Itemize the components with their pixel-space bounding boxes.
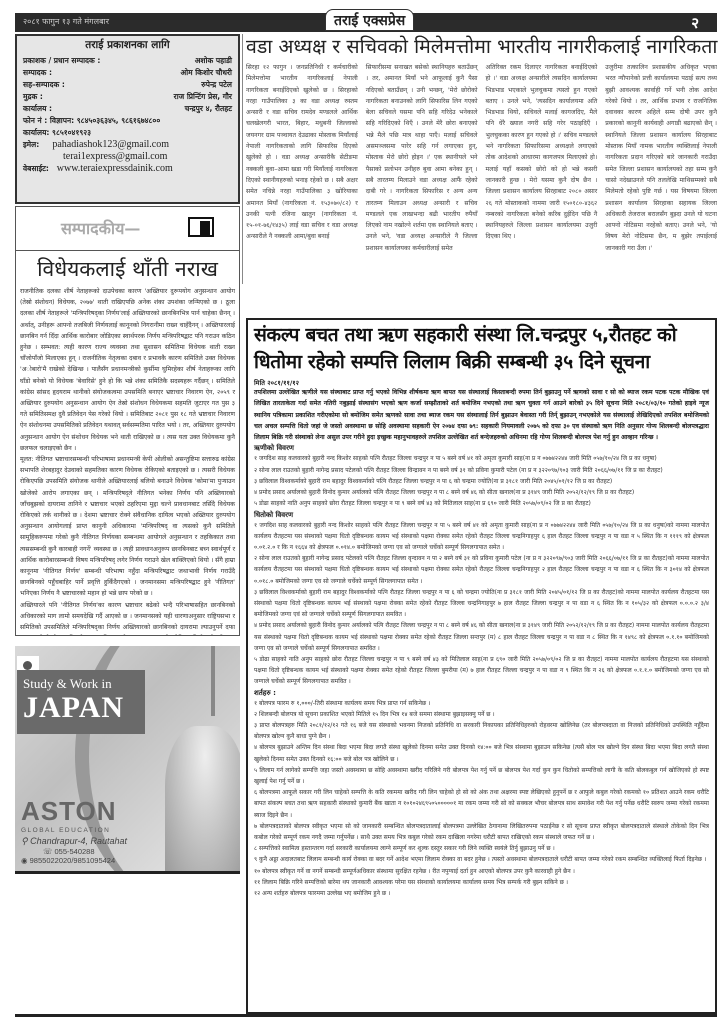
term-item: ११ लिलाम बिक्रि गरिने सम्पत्तिको बारेमा … (254, 877, 709, 888)
ad-country: JAPAN (23, 692, 139, 724)
whatsapp-icon: ◉ (21, 856, 28, 865)
collateral-item: १ जगदिश साह कलवारको बुहारी नन्द किशोर सा… (254, 520, 709, 554)
news-column: अतिरिक्त रकम दिलाएर नागरिकता बनाईदिएको ह… (486, 62, 598, 312)
imprint-key: सह–सम्पादक : (23, 79, 65, 91)
news-column: सिफारीसमा सनाखत बसेको स्थानियहरु बताउँछन… (366, 62, 478, 312)
editorial-title: विधेयकलाई थाँती नराख (20, 255, 235, 283)
website-link[interactable]: www.teraiexpressdainik.com (57, 163, 173, 174)
collateral-item: ५ डोढा साहको नाति अनुप साहको छोरा रौतहट … (254, 654, 709, 688)
column-divider (242, 34, 243, 284)
imprint-row: सम्पादक :ओम किशोर चौधरी (23, 67, 232, 79)
terms-heading: शर्तहरु : (254, 689, 709, 698)
term-item: ३ प्राप्त बोलपत्रहरु मिति २०८१/१२/१२ गते… (254, 720, 709, 742)
borrower-item: १ जगदिश साह कलवारको बुहारी नन्द किशोर सा… (254, 453, 709, 464)
masthead-title: तराई एक्सप्रेस (325, 9, 414, 31)
editorial-paragraph: मूलत: नीतिगत भ्रष्टाचारसम्बन्धी परिभाषाम… (20, 454, 235, 600)
imprint-email-row: इमेल: pahadiashok123@gmail.com (23, 139, 232, 151)
email-label: इमेल: (23, 140, 39, 149)
location-pin-icon: ⚲ (21, 836, 28, 846)
tower-image (211, 646, 215, 716)
issue-date: २०८१ फागुन १३ गते मंगलबार (23, 16, 109, 27)
imprint-value: ओम किशोर चौधरी (180, 67, 232, 79)
ad-address-text: Chandrapur-4, Rautahat (30, 836, 127, 846)
imprint-box: तराई प्रकाशनका लागि प्रकाशक / प्रधान सम्… (15, 34, 240, 204)
notice-title-line-2: धितोमा रहेको सम्पत्ति लिलाम बिक्री सम्बन… (254, 349, 709, 376)
notice-date: मिति २०८१/११/१२ (254, 378, 709, 387)
page-header-bar: २०८१ फागुन १३ गते मंगलबार तराई एक्सप्रेस… (15, 13, 717, 32)
imprint-value: चन्द्रपुर ४, रौतहट (185, 103, 232, 115)
ad-mobile: ◉ 9855022020/9851095424 (21, 856, 127, 865)
imprint-office-phone: कार्यालय: ९८५१०४१९२३ (23, 127, 232, 139)
term-item: ७ बोलपत्रदाताको बोलपत्र स्वीकृत भएमा सो … (254, 821, 709, 843)
borrower-item: २ सोना लाल राउतको बुहारी नागेन्द्र प्रसा… (254, 465, 709, 476)
website-label: वेबसाईट: (23, 164, 49, 173)
borrower-item: ३ छविलाल विश्वकर्माको बुहारी राम बहादुर … (254, 476, 709, 487)
notice-lead: तपशिलमा उल्लेखित ऋणीले यस संस्थाबाट प्रा… (254, 387, 709, 443)
japan-study-advertisement[interactable]: Study & Work in JAPAN ASTON GLOBAL EDUCA… (15, 646, 240, 874)
ad-brand-block: ASTON GLOBAL EDUCATION ⚲ Chandrapur-4, R… (21, 796, 127, 865)
imprint-key: मुद्रक : (23, 91, 43, 103)
notice-title-line-1: संकल्प बचत तथा ऋण सहकारी संस्था लि.चन्द्… (254, 322, 709, 349)
aston-subtitle: GLOBAL EDUCATION (21, 827, 127, 834)
pen-in-box-icon (188, 217, 214, 237)
imprint-row: सह–सम्पादक :रुपेन्द्र पटेल (23, 79, 232, 91)
right-column: वडा अध्यक्ष र सचिवको मिलेमत्तोमा भारतीय … (246, 34, 717, 1014)
imprint-key: सम्पादक : (23, 67, 52, 79)
term-item: १० बोलपत्र स्वीकृत गर्ने वा नगर्ने सम्बन… (254, 866, 709, 877)
imprint-key: प्रकाशक / प्रधान सम्पादक : (23, 55, 100, 67)
news-article: सिरहा १२ फागुन । जनप्रतिनिधी र कर्मचारीक… (246, 62, 717, 312)
news-headline: वडा अध्यक्ष र सचिवको मिलेमत्तोमा भारतीय … (246, 34, 717, 60)
ad-phone: ☏ 055-540288 (21, 847, 127, 856)
imprint-value: रुपेन्द्र पटेल (201, 79, 232, 91)
collateral-item: ३ छविलाल विश्वकर्माको बुहारी राम बहादुर … (254, 587, 709, 621)
term-item: ८ सम्पत्तिको स्वामित्व हस्तान्तरण गर्दा … (254, 843, 709, 854)
editorial-section-label: सम्पादकीय— (61, 217, 140, 239)
news-column: उजुरीमा तत्कालिन प्रशासकीय अधिकृत भएका भ… (605, 62, 717, 312)
borrowers-heading: ऋणीको विवरण (254, 444, 709, 453)
imprint-value: राज प्रिन्टिंग प्रेस, गौर (174, 91, 232, 103)
collateral-item: ४ प्रमोद प्रसाद अर्यालको बुहारी विनोद कु… (254, 620, 709, 654)
imprint-phone: फोन नं : विज्ञापन: ९८४५०३६३४५, ९८६१६७४८०… (23, 115, 232, 127)
email-link-2[interactable]: terai1express@gmail.com (23, 151, 232, 163)
borrower-item: ४ प्रमोद प्रसाद अर्यालको बुहारी विनोद कु… (254, 487, 709, 498)
ad-phone-text: 055-540288 (54, 847, 94, 856)
auction-notice: संकल्प बचत तथा ऋण सहकारी संस्था लि.चन्द्… (246, 318, 717, 1014)
email-link-1[interactable]: pahadiashok123@gmail.com (52, 139, 169, 150)
imprint-website-row: वेबसाईट: www.teraiexpressdainik.com (23, 163, 232, 175)
editorial-paragraph: अख्तियारले पनि 'नीतिगत निर्णय'का कारण भ्… (20, 600, 235, 636)
page-number: २ (691, 13, 699, 33)
term-item: १२ अन्य शर्तहरु बोलपत्र फारममा उल्लेख भए… (254, 888, 709, 899)
term-item: ४ बोलपत्र बुझाउने अन्तिम दिन संस्था बिदा… (254, 742, 709, 764)
editorial-header: सम्पादकीय— (15, 206, 240, 251)
collateral-item: २ सोना लाल राउतको बुहारी नागेन्द्र प्रसा… (254, 553, 709, 587)
ad-address: ⚲ Chandrapur-4, Rautahat (21, 836, 127, 847)
borrower-item: ५ डोढा साहको नाति अनुप साहको छोरा रौतहट … (254, 498, 709, 509)
imprint-row: मुद्रक :राज प्रिन्टिंग प्रेस, गौर (23, 91, 232, 103)
imprint-key: कार्यालय : (23, 103, 52, 115)
imprint-row: कार्यालय :चन्द्रपुर ४, रौतहट (23, 103, 232, 115)
editorial-paragraph: राजनीतिक दलका शीर्ष नेताहरूको दाउपेचका क… (20, 286, 235, 454)
news-column: सिरहा १२ फागुन । जनप्रतिनिधी र कर्मचारीक… (246, 62, 358, 312)
ad-tagline: Study & Work in (23, 676, 139, 692)
imprint-title: तराई प्रकाशनका लागि (23, 38, 232, 52)
model-photo (165, 726, 240, 874)
editorial-body: विधेयकलाई थाँती नराख राजनीतिक दलका शीर्ष… (15, 251, 240, 636)
collateral-heading: धितोको विवरण (254, 511, 709, 520)
ad-mobile-text: 9855022020/9851095424 (30, 856, 116, 865)
aston-logo: ASTON (21, 796, 127, 827)
term-item: ५ लिलाम गर्न लागेको सम्पत्ति जहा जस्तो अ… (254, 765, 709, 787)
term-item: ९ कुनै अड्डा अदालतबाट लिलाम सम्बन्धी कार… (254, 854, 709, 865)
term-item: ६ बोलपत्रमा आफूले सकार गरी लिन चाहेको सम… (254, 787, 709, 821)
page-bottom-rule (15, 1014, 717, 1017)
term-item: १ बोलपत्र फारम रु १,०००/-तिरी संस्थामा क… (254, 698, 709, 709)
imprint-value: अशोक पहाडी (195, 55, 232, 67)
left-column: तराई प्रकाशनका लागि प्रकाशक / प्रधान सम्… (15, 34, 240, 874)
term-item: २ शिलबन्दी बोलपत्र यो सूचना प्रकाशित भएक… (254, 709, 709, 720)
imprint-row: प्रकाशक / प्रधान सम्पादक :अशोक पहाडी (23, 55, 232, 67)
ad-banner: Study & Work in JAPAN (17, 670, 145, 734)
phone-icon: ☏ (43, 847, 52, 856)
